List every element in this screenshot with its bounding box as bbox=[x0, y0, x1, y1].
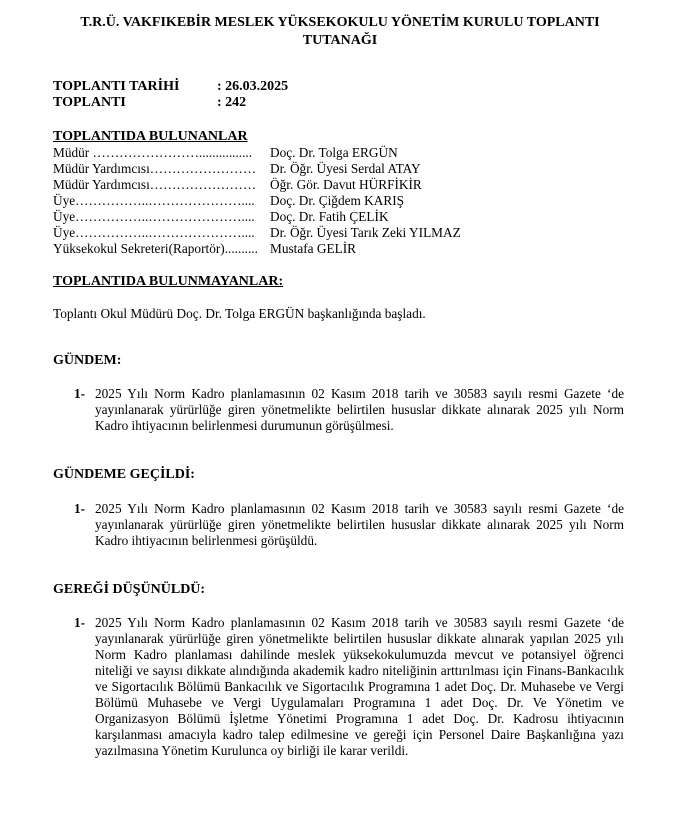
attendee-role: Üye……………..………………….... bbox=[53, 209, 270, 225]
opening-text: Toplantı Okul Müdürü Doç. Dr. Tolga ERGÜ… bbox=[53, 306, 426, 322]
agenda-heading: GÜNDEM: bbox=[53, 353, 121, 369]
attendee-row: Üye……………..…………………....Dr. Öğr. Üyesi Tarı… bbox=[53, 225, 461, 241]
document-title: T.R.Ü. VAKFIKEBİR MESLEK YÜKSEKOKULU YÖN… bbox=[40, 14, 640, 50]
attendee-role: Müdür Yardımcısı…………………… bbox=[53, 177, 270, 193]
decision-item-number: 1- bbox=[74, 615, 85, 631]
attendee-row: Üye……………..…………………....Doç. Dr. Çiğdem KAR… bbox=[53, 193, 461, 209]
attendees-heading: TOPLANTIDA BULUNANLAR bbox=[53, 129, 248, 145]
attendee-role: Müdür ……………………................ bbox=[53, 145, 270, 161]
attendee-name: Doç. Dr. Fatih ÇELİK bbox=[270, 209, 389, 225]
attendees-list: Müdür ……………………................Doç. Dr. T… bbox=[53, 145, 461, 257]
attendee-role: Üye……………..………………….... bbox=[53, 193, 270, 209]
decision-item: 1- 2025 Yılı Norm Kadro planlamasının 02… bbox=[74, 615, 624, 759]
meeting-number-label: TOPLANTI bbox=[53, 95, 217, 111]
attendee-name: Dr. Öğr. Üyesi Tarık Zeki YILMAZ bbox=[270, 225, 461, 241]
attendee-name: Doç. Dr. Çiğdem KARIŞ bbox=[270, 193, 404, 209]
meeting-date-label: TOPLANTI TARİHİ bbox=[53, 79, 217, 95]
meeting-date-value: : 26.03.2025 bbox=[217, 79, 288, 95]
title-line-1: T.R.Ü. VAKFIKEBİR MESLEK YÜKSEKOKULU YÖN… bbox=[40, 14, 640, 32]
attendee-role: Üye……………..………………….... bbox=[53, 225, 270, 241]
meeting-meta: TOPLANTI TARİHİ : 26.03.2025 TOPLANTI : … bbox=[53, 79, 288, 111]
meeting-date-row: TOPLANTI TARİHİ : 26.03.2025 bbox=[53, 79, 288, 95]
attendee-row: Müdür Yardımcısı……………………Öğr. Gör. Davut … bbox=[53, 177, 461, 193]
attendee-name: Mustafa GELİR bbox=[270, 241, 356, 257]
agenda-passed-heading: GÜNDEME GEÇİLDİ: bbox=[53, 467, 195, 483]
attendee-role: Müdür Yardımcısı…………………… bbox=[53, 161, 270, 177]
agenda-passed-item-text: 2025 Yılı Norm Kadro planlamasının 02 Ka… bbox=[95, 501, 624, 549]
attendee-name: Doç. Dr. Tolga ERGÜN bbox=[270, 145, 398, 161]
agenda-item-text: 2025 Yılı Norm Kadro planlamasının 02 Ka… bbox=[95, 386, 624, 434]
attendee-row: Müdür Yardımcısı……………………Dr. Öğr. Üyesi S… bbox=[53, 161, 461, 177]
attendee-row: Müdür ……………………................Doç. Dr. T… bbox=[53, 145, 461, 161]
meeting-number-row: TOPLANTI : 242 bbox=[53, 95, 288, 111]
agenda-item-number: 1- bbox=[74, 386, 85, 402]
attendee-role: Yüksekokul Sekreteri(Raportör).......... bbox=[53, 241, 270, 257]
agenda-item: 1- 2025 Yılı Norm Kadro planlamasının 02… bbox=[74, 386, 624, 434]
decision-heading: GEREĞİ DÜŞÜNÜLDÜ: bbox=[53, 582, 205, 598]
meeting-number-value: : 242 bbox=[217, 95, 246, 111]
agenda-passed-item: 1- 2025 Yılı Norm Kadro planlamasının 02… bbox=[74, 501, 624, 549]
attendee-name: Dr. Öğr. Üyesi Serdal ATAY bbox=[270, 161, 421, 177]
agenda-passed-item-number: 1- bbox=[74, 501, 85, 517]
attendee-row: Yüksekokul Sekreteri(Raportör)..........… bbox=[53, 241, 461, 257]
decision-item-text: 2025 Yılı Norm Kadro planlamasının 02 Ka… bbox=[95, 615, 624, 759]
attendee-row: Üye……………..…………………....Doç. Dr. Fatih ÇELİ… bbox=[53, 209, 461, 225]
absentees-heading: TOPLANTIDA BULUNMAYANLAR: bbox=[53, 274, 283, 290]
title-line-2: TUTANAĞI bbox=[40, 32, 640, 50]
attendee-name: Öğr. Gör. Davut HÜRFİKİR bbox=[270, 177, 422, 193]
